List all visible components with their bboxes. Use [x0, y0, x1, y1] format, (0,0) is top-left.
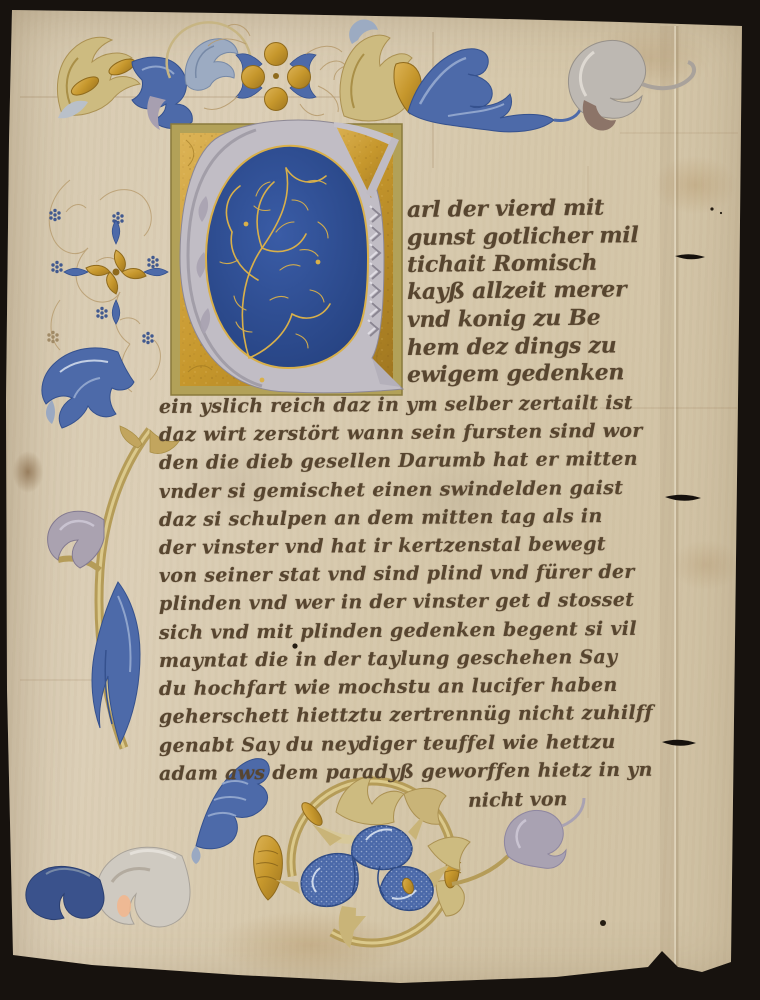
heading-line-7: ewigem gedenken — [407, 361, 624, 386]
heading-line-2: gunst gotlicher mil — [407, 224, 639, 249]
body-line-1: ein yslich reich daz in ym selber zertai… — [159, 394, 633, 417]
blue-acanthus-leaf — [42, 348, 134, 428]
heading-line-4: kayß allzeit merer — [407, 278, 627, 303]
blue-acanthus-scroll — [408, 49, 580, 132]
heading-line-5: vnd konig zu Be — [407, 307, 601, 331]
acanthus-corner-leaf — [57, 37, 140, 118]
body-line-10: mayntat die in der taylung geschehen Say — [159, 648, 618, 671]
body-line-3: den die dieb gesellen Darumb hat er mitt… — [159, 450, 638, 473]
parchment-leaf: C arl der vierd mit gunst gotlicher mil … — [0, 0, 760, 1000]
gold-diamond-flower — [64, 220, 168, 324]
body-line-13: genabt Say du neydiger teuffel wie hettz… — [159, 733, 616, 756]
body-line-6: der vinster vnd hat ir kertzenstal beweg… — [159, 535, 606, 558]
dark-blue-leaf — [26, 866, 104, 919]
body-line-12: geherschett hiettztu zertrennüg nicht zu… — [159, 704, 653, 727]
grey-scroll-leaf — [96, 847, 190, 927]
body-line-11: du hochfart wie mochstu an lucifer haben — [159, 676, 618, 699]
top-border-ornament — [57, 19, 694, 131]
body-line-2: daz wirt zerstört wann sein fursten sind… — [159, 422, 643, 445]
body-line-4: vnder si gemischet einen swindelden gais… — [159, 479, 623, 502]
body-line-14: adam aws dem paradyß geworffen hietz in … — [159, 761, 653, 784]
orange-paint-dot — [117, 895, 131, 917]
illuminated-initial-C — [171, 120, 403, 395]
body-line-9: sich vnd mit plinden gedenken begent si … — [159, 620, 637, 643]
blue-acanthus-cluster — [132, 57, 192, 130]
gold-bead-flower — [236, 43, 316, 111]
heading-line-1: arl der vierd mit — [407, 197, 604, 221]
bottom-border-ornament — [26, 759, 584, 948]
heading-line-3: tichait Romisch — [407, 252, 597, 276]
closing-line: nicht von — [468, 790, 568, 811]
body-line-5: daz si schulpen an dem mitten tag als in — [159, 507, 603, 530]
body-line-7: von seiner stat vnd sind plind vnd fürer… — [159, 563, 635, 586]
manuscript-photo: C arl der vierd mit gunst gotlicher mil … — [0, 0, 760, 1000]
initial-letter-value: C — [0, 0, 1, 1]
grey-curl-leaf-left — [48, 511, 104, 568]
body-line-8: plinden vnd wer in der vinster get d sto… — [159, 591, 634, 614]
heading-line-6: hem dez dings zu — [407, 334, 617, 359]
